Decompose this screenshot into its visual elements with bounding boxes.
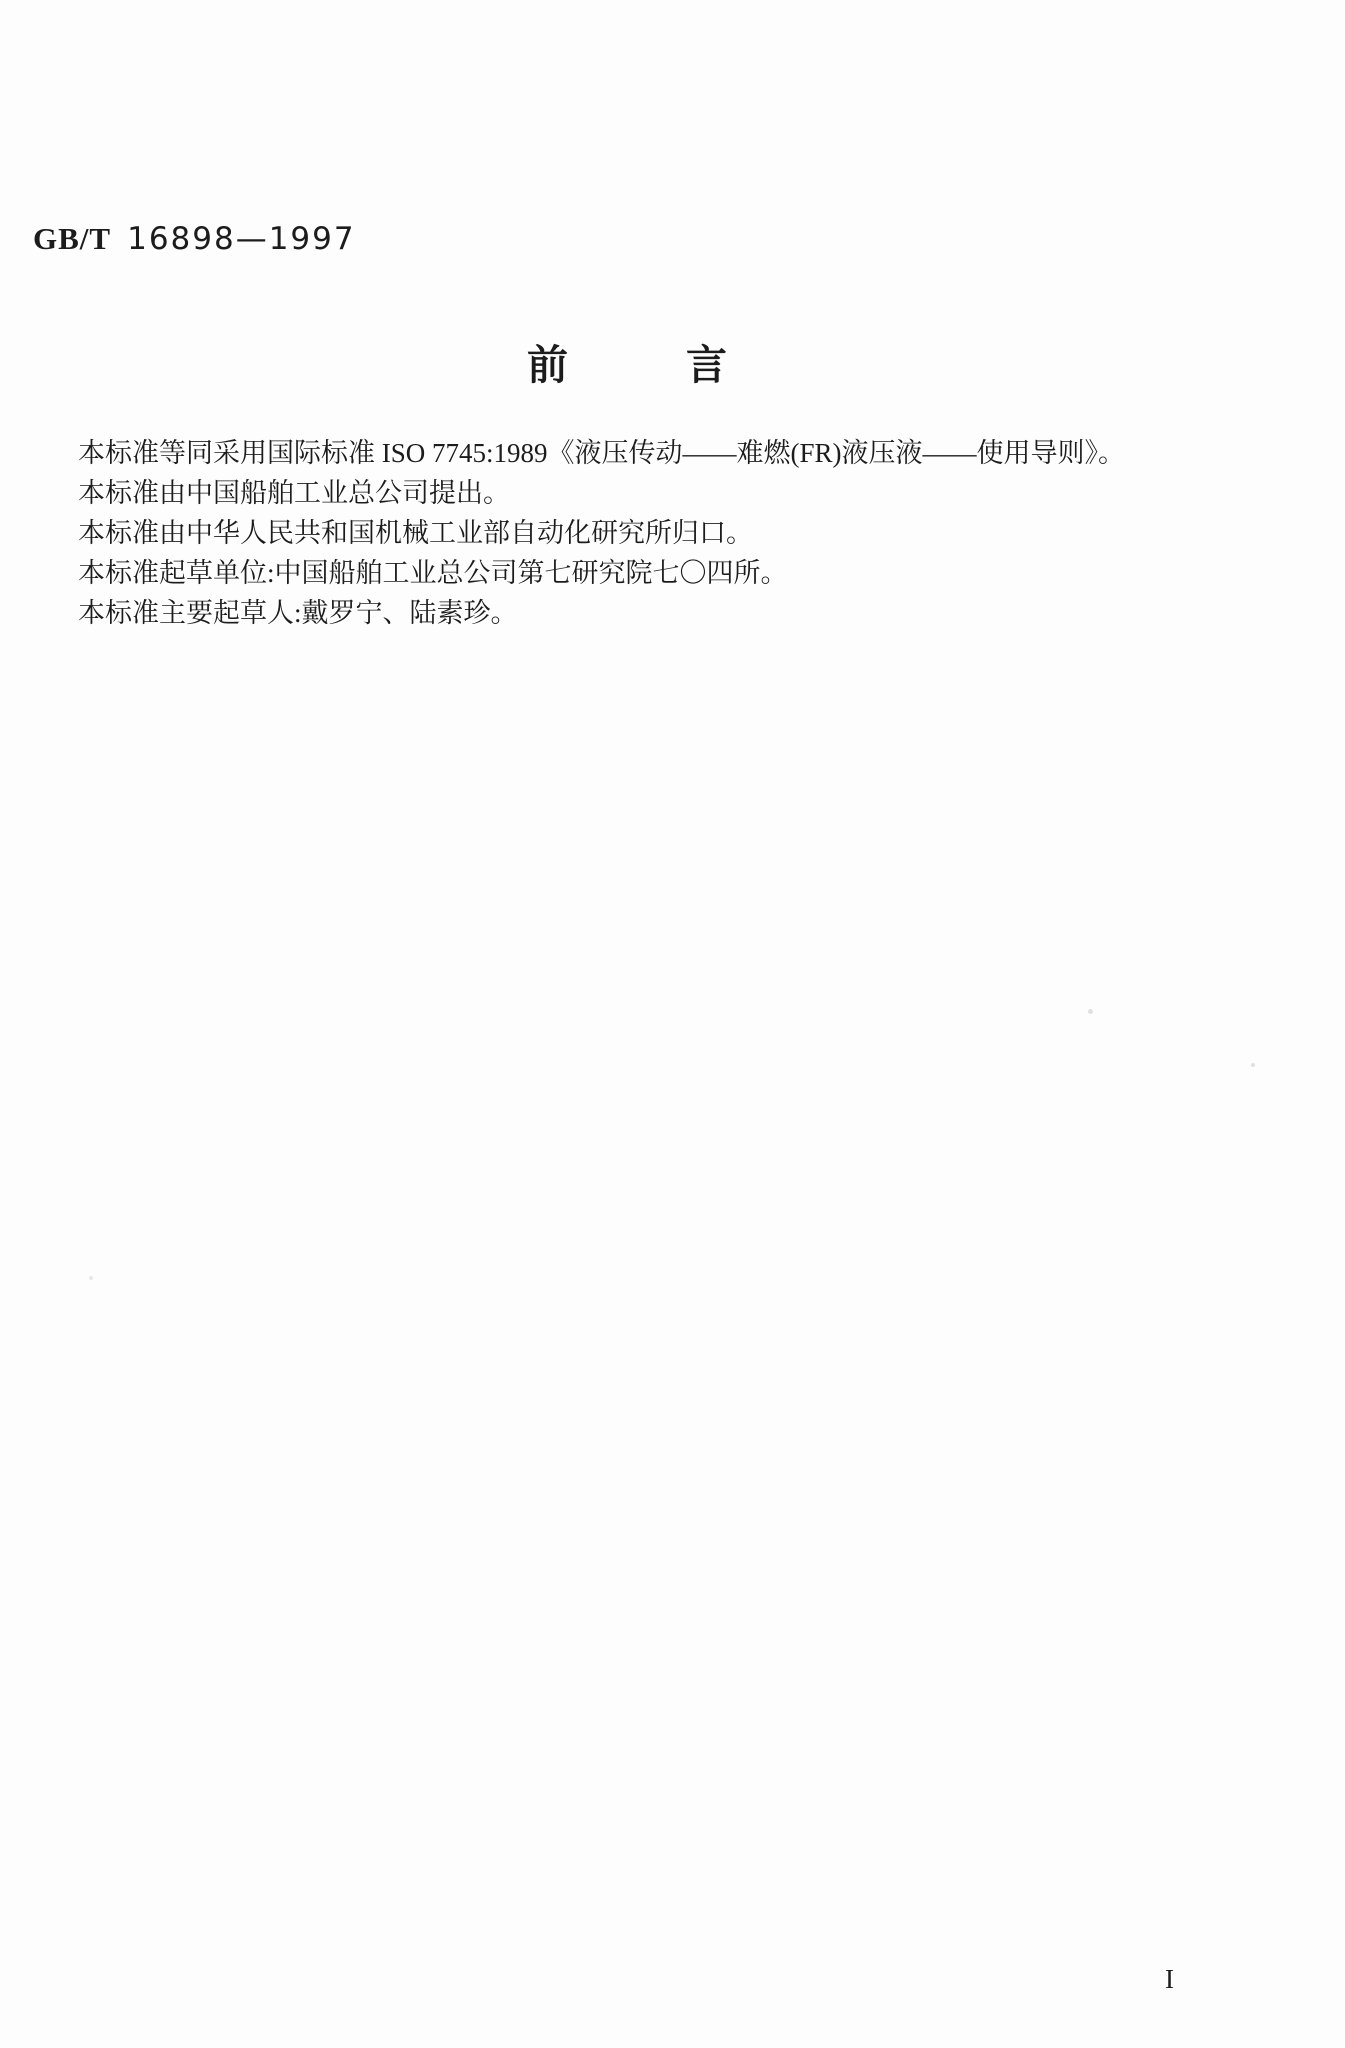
foreword-paragraph-4: 本标准起草单位:中国船舶工业总公司第七研究院七〇四所。 bbox=[33, 553, 1313, 593]
scan-speck bbox=[1251, 1063, 1255, 1067]
foreword-title-char-2: 言 bbox=[686, 342, 727, 388]
foreword-paragraph-1: 本标准等同采用国际标准 ISO 7745:1989《液压传动——难燃(FR)液压… bbox=[33, 433, 1313, 473]
foreword-paragraph-3: 本标准由中华人民共和国机械工业部自动化研究所归口。 bbox=[33, 513, 1313, 553]
document-page: GB/T16898—1997 前 言 本标准等同采用国际标准 ISO 7745:… bbox=[0, 0, 1345, 2048]
scan-speck bbox=[1088, 1009, 1093, 1014]
page-number: I bbox=[1165, 1964, 1174, 1995]
foreword-paragraph-5: 本标准主要起草人:戴罗宁、陆素珍。 bbox=[33, 593, 1313, 633]
standard-code: GB/T16898—1997 bbox=[33, 221, 356, 257]
standard-code-number: 16898—1997 bbox=[127, 221, 356, 257]
standard-code-prefix: GB/T bbox=[33, 221, 111, 256]
foreword-body: 本标准等同采用国际标准 ISO 7745:1989《液压传动——难燃(FR)液压… bbox=[33, 433, 1313, 633]
foreword-title-char-1: 前 bbox=[527, 342, 568, 388]
scan-speck bbox=[89, 1276, 93, 1280]
foreword-paragraph-2: 本标准由中国船舶工业总公司提出。 bbox=[33, 473, 1313, 513]
foreword-title: 前 言 bbox=[527, 342, 727, 388]
